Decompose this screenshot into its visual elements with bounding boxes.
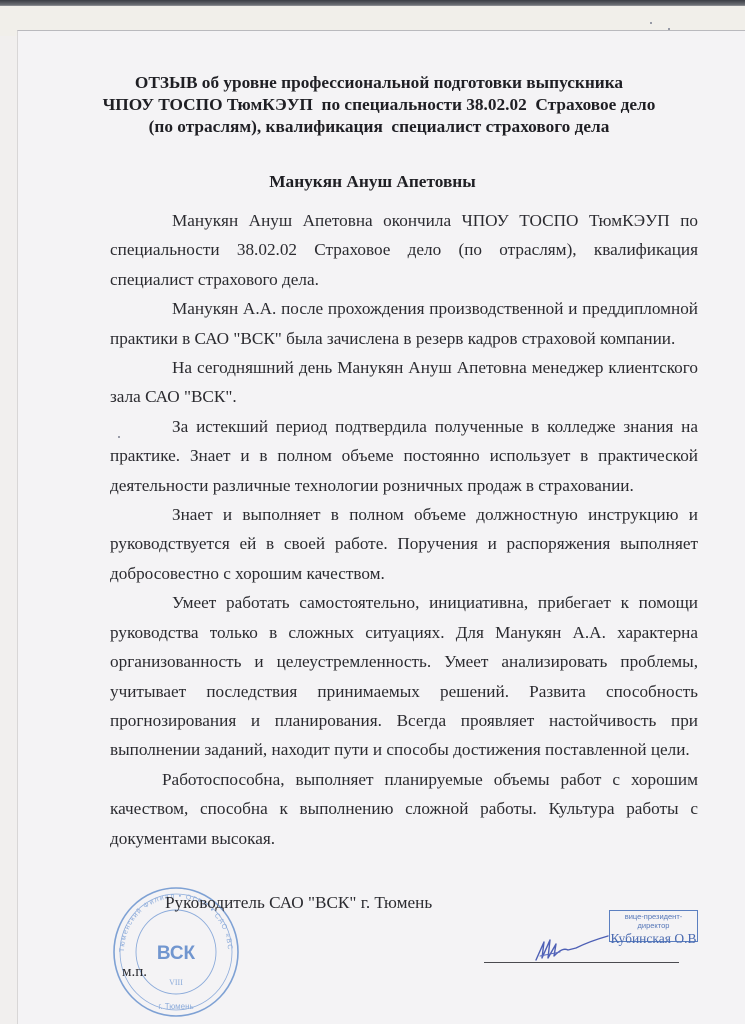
seal-center-text: ВСК bbox=[157, 943, 196, 964]
svg-text:г. Тюмень: г. Тюмень bbox=[158, 1002, 193, 1011]
title-line: ЧПОУ ТОСПО ТюмКЭУП по специальности 38.0… bbox=[0, 94, 745, 116]
signature-name-stamp: вице-президент-директор Кубинская О.В bbox=[609, 910, 698, 942]
paragraph-knowledge: За истекший период подтвердила полученны… bbox=[110, 412, 698, 500]
person-name-heading: Манукян Ануш Апетовны bbox=[0, 172, 745, 192]
paragraph-practice: Манукян А.А. после прохождения производс… bbox=[110, 294, 698, 353]
paragraph-graduation: Манукян Ануш Апетовна окончила ЧПОУ ТОСП… bbox=[110, 206, 698, 294]
paragraph-performance: Работоспособна, выполняет планируемые об… bbox=[110, 765, 698, 853]
scan-speck bbox=[650, 22, 652, 24]
paragraph-qualities: Умеет работать самостоятельно, инициатив… bbox=[110, 588, 698, 764]
handwritten-signature-icon bbox=[530, 928, 620, 968]
document-title: ОТЗЫВ об уровне профессиональной подгото… bbox=[0, 72, 745, 138]
signature-name: Кубинская О.В bbox=[610, 930, 697, 947]
document-body: Манукян Ануш Апетовна окончила ЧПОУ ТОСП… bbox=[110, 206, 698, 853]
paragraph-current-position: На сегодняшний день Манукян Ануш Апетовн… bbox=[110, 353, 698, 412]
title-line: (по отраслям), квалификация специалист с… bbox=[0, 116, 745, 138]
svg-text:VIII: VIII bbox=[169, 978, 183, 987]
seal-place-label: м.п. bbox=[122, 964, 147, 981]
signature-role: вице-президент-директор bbox=[610, 912, 697, 930]
paragraph-duties: Знает и выполняет в полном объеме должно… bbox=[110, 500, 698, 588]
signatory-title: Руководитель САО "ВСК" г. Тюмень bbox=[165, 893, 432, 913]
title-line: ОТЗЫВ об уровне профессиональной подгото… bbox=[0, 72, 745, 94]
scan-speck bbox=[668, 28, 670, 30]
